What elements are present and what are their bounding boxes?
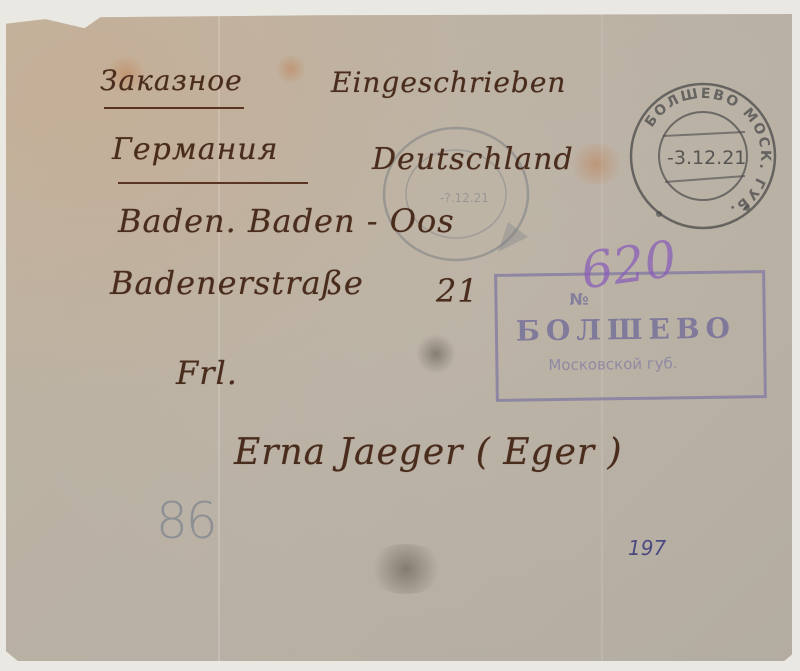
pencil-notation: 86 bbox=[156, 492, 216, 550]
address-line-city: Baden. Baden - Oos bbox=[118, 202, 455, 240]
address-line-street: Badenerstraße bbox=[110, 264, 364, 302]
address-line-title: Frl. bbox=[176, 354, 238, 392]
underline bbox=[104, 107, 244, 109]
dirt-smudge bbox=[366, 544, 446, 594]
address-line-country-ru: Германия bbox=[112, 132, 279, 167]
address-line-country-de: Deutschland bbox=[372, 142, 574, 177]
foxing-stain bbox=[566, 144, 626, 184]
underline bbox=[118, 182, 308, 184]
registration-region: Московской губ. bbox=[548, 354, 677, 374]
address-street-number: 21 bbox=[436, 272, 479, 310]
dirt-smudge bbox=[416, 334, 456, 374]
svg-text:-3.12.21: -3.12.21 bbox=[667, 147, 746, 169]
fold-crease bbox=[218, 14, 220, 661]
ink-notation: 197 bbox=[628, 536, 666, 560]
main-postmark: БОЛШЕВО МОСК. ГУБ. -3.12.21 bbox=[623, 76, 783, 236]
envelope: -?.12.21 Заказное Eingeschrieben Германи… bbox=[6, 14, 792, 661]
address-line-registered-de: Eingeschrieben bbox=[331, 66, 566, 99]
address-line-recipient: Erna Jaeger ( Eger ) bbox=[234, 432, 623, 473]
address-line-registered-ru: Заказное bbox=[100, 64, 243, 97]
foxing-stain bbox=[276, 54, 306, 84]
registration-town: БОЛШЕВО bbox=[516, 312, 736, 348]
